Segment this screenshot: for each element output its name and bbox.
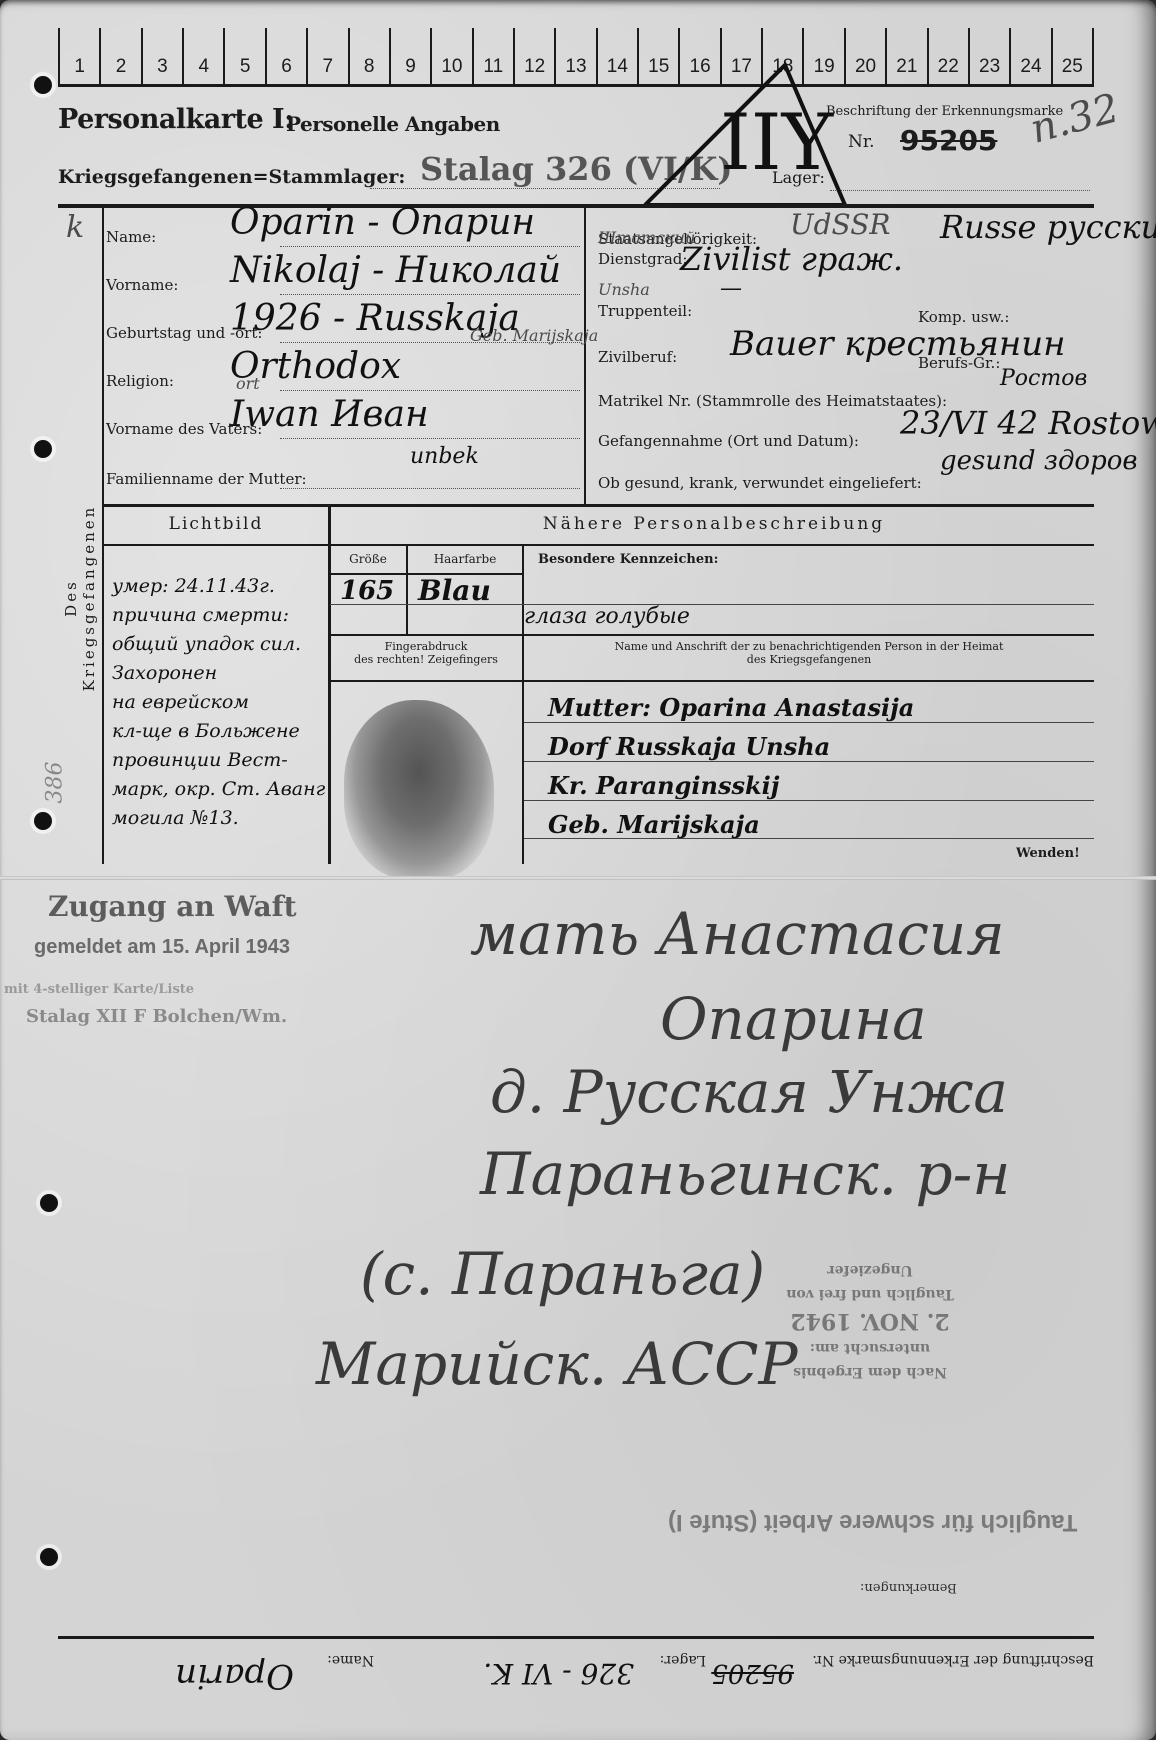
finger-label-2: des rechten! Zeigefingers <box>330 653 522 666</box>
field-note: UdSSR <box>790 208 890 241</box>
kennzeichen-value: глаза голубые <box>524 604 690 629</box>
finger-label-1: Fingerabdruck <box>330 640 522 653</box>
death-note-line: общий упадок сил. <box>112 630 332 659</box>
groesse-value: 165 <box>340 576 394 606</box>
field-label: Berufs-Gr.: <box>918 354 1000 372</box>
field-value: Oparin - Опарин <box>230 202 535 243</box>
field-line <box>280 488 580 489</box>
death-note-line: марк, окр. Ст. Аванг <box>112 775 332 804</box>
lichtbild-label: Lichtbild <box>104 514 328 534</box>
finger-label: Fingerabdruck des rechten! Zeigefingers <box>330 640 522 666</box>
address-line: (с. Параньга) <box>360 1240 765 1308</box>
field-label: Ob gesund, krank, verwundet eingeliefert… <box>598 474 922 492</box>
address-line: Марийск. АССР <box>316 1330 798 1398</box>
lichtbild-underline <box>104 544 328 546</box>
field-value: — <box>720 276 742 301</box>
naehere-underline <box>330 544 1094 546</box>
lager-line <box>830 190 1090 191</box>
bottom-name-label: Name: <box>327 1652 374 1668</box>
field-label: Religion: <box>106 372 174 390</box>
field-value: Ростов <box>1000 366 1087 391</box>
field-line <box>280 438 580 439</box>
ruler-cell: 4 <box>182 28 223 84</box>
bemerkungen-label: Bemerkungen: <box>860 1580 957 1595</box>
desc-divider <box>522 546 524 864</box>
margin-mark: k <box>66 210 84 245</box>
naehere-label: Nähere Personalbeschreibung <box>334 514 1094 534</box>
ruler-cell: 5 <box>223 28 264 84</box>
notify-entries: Mutter: Oparina AnastasijaDorf Russkaja … <box>548 688 914 844</box>
desc-row-line-3 <box>330 680 1094 682</box>
zugang-stamp-title: Zugang an Waft <box>48 890 297 923</box>
notify-entry: Kr. Paranginsskij <box>548 766 914 805</box>
notify-label-1: Name und Anschrift der zu benachrichtige… <box>524 640 1094 653</box>
bottom-strip-upside-down: Beschriftung der Erkennungsmarke Nr. 952… <box>60 1640 1094 1710</box>
stammlager-label: Kriegsgefangenen=Stammlager: <box>58 166 405 188</box>
death-note-line: на еврейском <box>112 688 332 717</box>
field-line <box>280 246 580 247</box>
death-note-line: провинции Вест- <box>112 746 332 775</box>
field-label: Matrikel Nr. (Stammrolle des Heimatstaat… <box>598 392 947 410</box>
arbeit-stamp: Tauglich für schwere Arbeit (Stufe I) <box>668 1508 1077 1536</box>
death-note-line: причина смерти: <box>112 601 332 630</box>
nov-stamp-line: 2. NOV. 1942 <box>760 1306 980 1336</box>
card-subtitle: Personelle Angaben <box>286 112 500 136</box>
address-line: Опарина <box>660 985 927 1053</box>
ruler-cell: 12 <box>513 28 554 84</box>
field-value: Nikolaj - Николай <box>230 250 561 291</box>
ruler-cell: 22 <box>927 28 968 84</box>
field-note: Unsha <box>598 280 650 299</box>
frame-top <box>58 204 1094 208</box>
field-value: Russe русский <box>940 208 1156 246</box>
erkennungsmarke-number: 95205 <box>900 124 997 157</box>
zugang-stamp-date: gemeldet am 15. April 1943 <box>34 936 290 959</box>
frame-left <box>102 204 104 864</box>
corner-note: n.32 <box>1026 85 1124 153</box>
bottom-lager-value: 326 - VI K. <box>483 1657 634 1690</box>
field-value: unbek <box>410 444 479 469</box>
punch-hole <box>34 440 52 458</box>
field-value: Bauer крестьянин <box>730 324 1066 364</box>
death-note-line: кл-ще в Больжене <box>112 717 332 746</box>
notify-entry: Geb. Marijskaja <box>548 805 914 844</box>
field-note: Geb. Marijskaja <box>470 326 598 345</box>
frame-section <box>102 504 1094 507</box>
zugang-stamp-line2: mit 4-stelliger Karte/Liste <box>4 982 194 997</box>
frame-mid <box>584 204 586 506</box>
notify-label: Name und Anschrift der zu benachrichtige… <box>524 640 1094 666</box>
ruler-cell: 23 <box>968 28 1009 84</box>
ruler-cell: 1 <box>58 28 99 84</box>
ruler-cell: 24 <box>1009 28 1050 84</box>
notify-label-2: des Kriegsgefangenen <box>524 653 1094 666</box>
card-title: Personalkarte I: <box>58 104 294 135</box>
punch-hole <box>34 812 52 830</box>
wenden-label: Wenden! <box>1016 846 1080 861</box>
triangle-mark-text: IIY <box>720 98 833 188</box>
haarfarbe-value: Blau <box>418 574 491 607</box>
field-label: Truppenteil: <box>598 302 692 320</box>
nov-stamp-line: untersucht am: <box>760 1336 980 1360</box>
notify-entry: Mutter: Oparina Anastasija <box>548 688 914 727</box>
field-label: Gefangennahme (Ort und Datum): <box>598 432 859 450</box>
ruler-cell: 8 <box>348 28 389 84</box>
nov-stamp-line: Nach dem Ergebnis <box>760 1360 980 1384</box>
field-line <box>280 390 580 391</box>
field-label: Zivilberuf: <box>598 348 677 366</box>
nov-stamp-line: Ungeziefer <box>760 1258 980 1282</box>
nov-stamp-line: Tauglich und frei von <box>760 1282 980 1306</box>
death-note-line: могила №13. <box>112 804 332 833</box>
ruler-cell: 7 <box>306 28 347 84</box>
death-note-line: умер: 24.11.43г. <box>112 572 332 601</box>
notify-entry: Dorf Russkaja Unsha <box>548 727 914 766</box>
bottom-marke-label: Beschriftung der Erkennungsmarke Nr. <box>812 1652 1094 1668</box>
groesse-label: Größe <box>330 552 406 566</box>
number-ruler: 1234567891011121314151617181920212223242… <box>58 28 1094 87</box>
death-note: умер: 24.11.43г.причина смерти:общий упа… <box>112 572 332 833</box>
bottom-lager-label: Lager: <box>660 1652 706 1668</box>
death-note-line: Захоронен <box>112 659 332 688</box>
ruler-cell: 10 <box>430 28 471 84</box>
field-value: Iwan Иван <box>230 394 429 435</box>
fold-crease <box>0 876 1156 880</box>
address-line: мать Анастасия <box>470 900 1005 968</box>
ruler-cell: 21 <box>885 28 926 84</box>
bottom-marke-value: 95205 <box>711 1658 794 1688</box>
field-label: Familienname der Mutter: <box>106 470 307 488</box>
ruler-cell: 9 <box>389 28 430 84</box>
field-label: Dienstgrad: <box>598 250 687 268</box>
address-line: Параньгинск. р-н <box>480 1140 1010 1208</box>
punch-hole <box>40 1194 58 1212</box>
field-note: ort <box>236 374 260 393</box>
field-note: Штатский <box>598 228 695 247</box>
ruler-cell: 11 <box>472 28 513 84</box>
zugang-stamp-line3: Stalag XII F Bolchen/Wm. <box>26 1006 287 1027</box>
bottom-name-value: Oparin <box>175 1656 294 1696</box>
desc-row-line-2 <box>330 634 1094 636</box>
punch-hole <box>34 76 52 94</box>
side-number: 386 <box>43 762 68 804</box>
field-label: Vorname: <box>106 276 178 294</box>
ruler-cell: 6 <box>265 28 306 84</box>
field-value: 23/VI 42 Rostow <box>900 404 1156 442</box>
address-line: д. Русская Унжа <box>490 1058 1008 1126</box>
field-line <box>280 294 580 295</box>
field-label: Name: <box>106 228 156 246</box>
ruler-cell: 13 <box>554 28 595 84</box>
haarfarbe-label: Haarfarbe <box>408 552 522 566</box>
personalkarte-document: 1234567891011121314151617181920212223242… <box>0 0 1156 1740</box>
field-value: Zivilist граж. <box>680 240 903 278</box>
field-value: gesund здоров <box>940 446 1138 476</box>
punch-hole <box>40 1548 58 1566</box>
kennzeichen-label: Besondere Kennzeichen: <box>538 552 718 567</box>
ruler-cell: 3 <box>141 28 182 84</box>
bottom-rule <box>58 1636 1094 1639</box>
nov-stamp: Nach dem Ergebnisuntersucht am:2. NOV. 1… <box>760 1258 980 1384</box>
ruler-cell: 2 <box>99 28 140 84</box>
side-label: Des Kriegsgefangenen <box>62 488 98 708</box>
ruler-cell: 25 <box>1051 28 1094 84</box>
fingerprint-image <box>344 700 494 880</box>
